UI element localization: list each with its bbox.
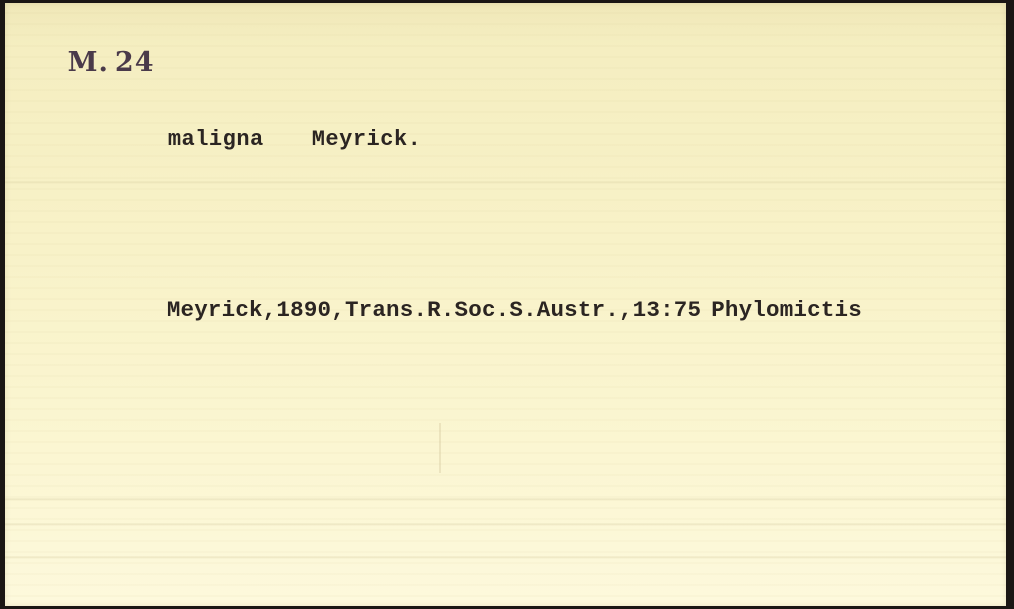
reference-line: Meyrick,1890,Trans.R.Soc.S.Austr.,13:75P… (112, 271, 862, 349)
card-number-prefix: M. (68, 47, 109, 78)
card-number-stamp: M.24 (26, 16, 154, 109)
original-genus: Phylomictis (711, 297, 862, 323)
card-number-value: 24 (115, 47, 155, 78)
taxon-author: Meyrick. (312, 127, 422, 152)
paper-mark (439, 423, 441, 473)
taxon-name-line: malignaMeyrick. (113, 102, 421, 177)
bibliographic-reference: Meyrick,1890,Trans.R.Soc.S.Austr.,13:75 (167, 297, 701, 323)
index-card: M.24 malignaMeyrick. Meyrick,1890,Trans.… (5, 3, 1006, 606)
species-epithet: maligna (168, 127, 264, 152)
